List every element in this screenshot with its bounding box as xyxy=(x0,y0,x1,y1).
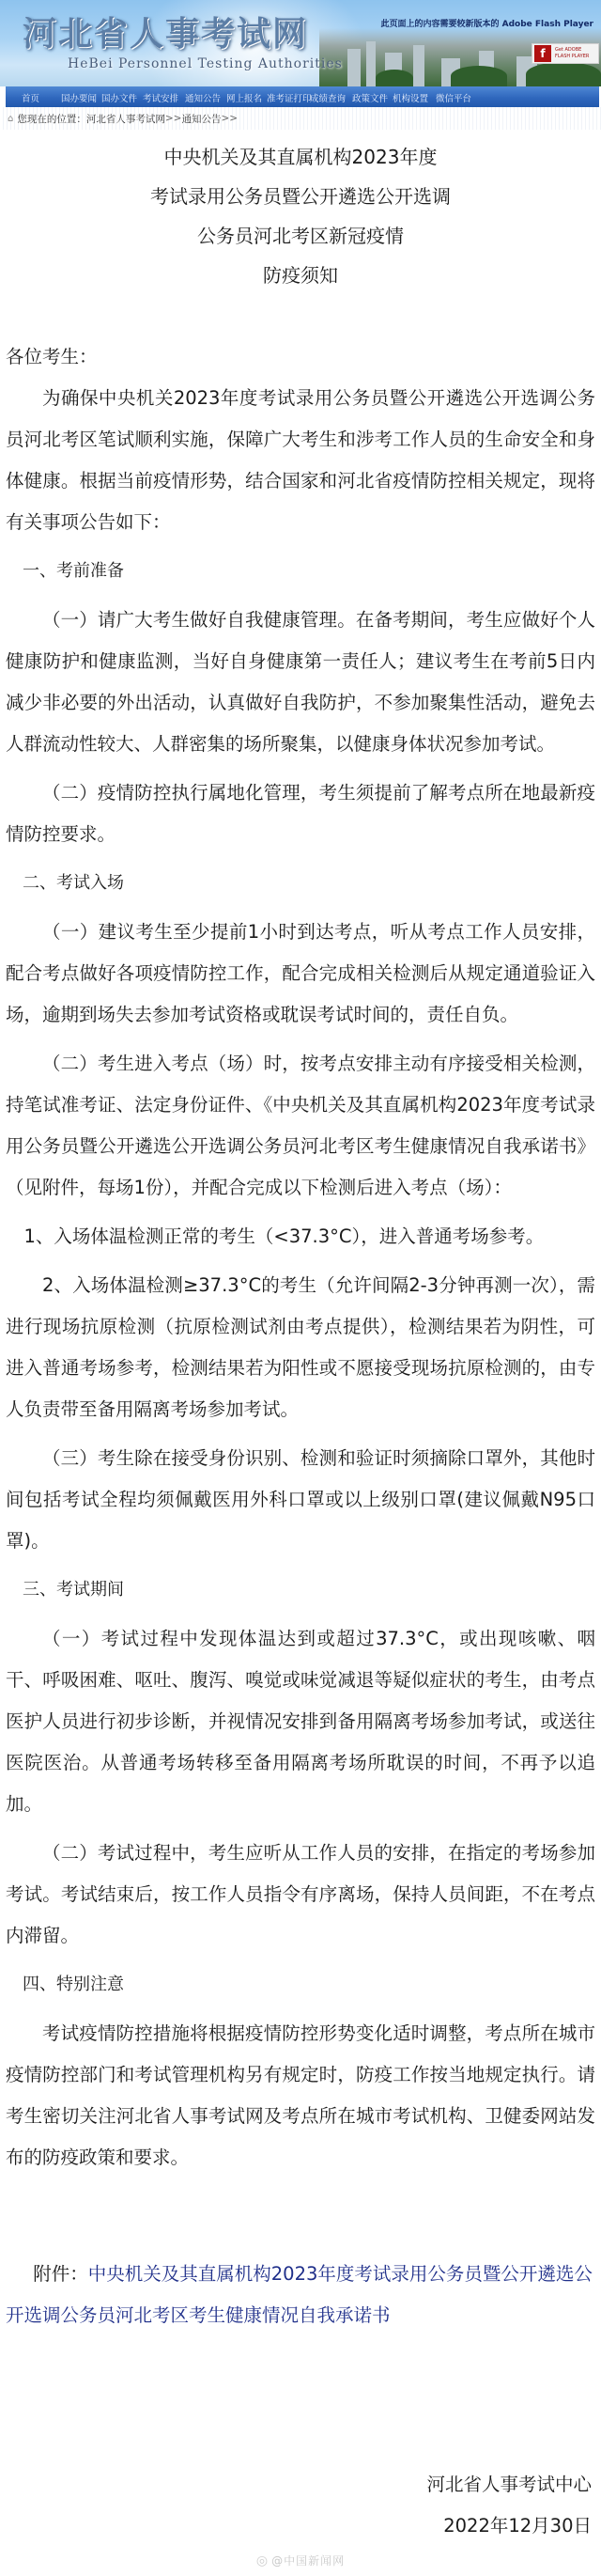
nav-item-wechat[interactable]: 微信平台 xyxy=(436,91,471,104)
flash-notice: 此页面上的内容需要较新版本的 Adobe Flash Player xyxy=(381,17,594,29)
site-title-en: HeBei Personnel Testing Authorities xyxy=(68,56,343,71)
section-paragraph: （二）考试过程中，考生应听从工作人员的安排，在指定的考场参加考试。考试结束后，按… xyxy=(6,1833,595,1957)
breadcrumb-prefix: 您现在的位置： xyxy=(17,112,86,126)
breadcrumb-notices-link[interactable]: 通知公告 xyxy=(181,112,221,126)
attachment-label: 附件： xyxy=(33,2263,88,2285)
breadcrumb-home-link[interactable]: 河北省人事考试网 xyxy=(86,112,165,126)
section-heading: 三、考试期间 xyxy=(6,1569,595,1611)
section-paragraph: （一）考试过程中发现体温达到或超过37.3°C，或出现咳嗽、咽干、呼吸困难、呕吐… xyxy=(6,1618,595,1825)
main-nav: 首页 国办要闻 国办文件 考试安排 通知公告 网上报名 准考证打印 成绩查询 政… xyxy=(6,86,599,107)
breadcrumb-separator: >> xyxy=(221,113,238,124)
title-line: 防疫须知 xyxy=(6,256,595,295)
article-title: 中央机关及其直属机构2023年度 考试录用公务员暨公开遴选公开选调 公务员河北考… xyxy=(6,130,595,295)
section-paragraph: 考试疫情防控措施将根据疫情防控形势变化适时调整，考点所在城市疫情防控部门和考试管… xyxy=(6,2013,595,2178)
breadcrumb: ⌂ 您现在的位置： 河北省人事考试网 >> 通知公告 >> xyxy=(0,107,601,130)
home-icon: ⌂ xyxy=(8,114,13,124)
nav-item-national-news[interactable]: 国办要闻 xyxy=(61,91,97,104)
section-paragraph: （一）请广大考生做好自我健康管理。在备考期间，考生应做好个人健康防护和健康监测，… xyxy=(6,600,595,765)
nav-item-home[interactable]: 首页 xyxy=(22,91,39,104)
signature-date: 2022年12月30日 xyxy=(6,2506,595,2547)
nav-item-exam-schedule[interactable]: 考试安排 xyxy=(143,91,178,104)
attachment-link[interactable]: 中央机关及其直属机构2023年度考试录用公务员暨公开遴选公开选调公务员河北考区考… xyxy=(6,2263,593,2326)
section-heading: 一、考前准备 xyxy=(6,551,595,592)
nav-item-score-query[interactable]: 成绩查询 xyxy=(310,91,346,104)
title-line: 考试录用公务员暨公开遴选公开选调 xyxy=(6,177,595,216)
section-paragraph: 2、入场体温检测≥37.3°C的考生（允许间隔2-3分钟再测一次），需进行现场抗… xyxy=(6,1265,595,1430)
title-line: 公务员河北考区新冠疫情 xyxy=(6,216,595,256)
flash-logo-icon: f xyxy=(534,45,551,62)
signature-org: 河北省人事考试中心 xyxy=(6,2464,595,2506)
nav-item-admission-ticket[interactable]: 准考证打印 xyxy=(267,91,312,104)
nav-item-notices[interactable]: 通知公告 xyxy=(185,91,221,104)
breadcrumb-separator: >> xyxy=(165,113,182,124)
site-banner: 河北省人事考试网 HeBei Personnel Testing Authori… xyxy=(0,0,601,86)
intro-paragraph: 为确保中央机关2023年度考试录用公务员暨公开遴选公开选调公务员河北考区笔试顺利… xyxy=(6,378,595,543)
salutation: 各位考生： xyxy=(6,336,595,378)
section-heading: 四、特别注意 xyxy=(6,1964,595,2006)
nav-item-online-registration[interactable]: 网上报名 xyxy=(226,91,262,104)
watermark-text: @中国新闻网 xyxy=(271,2554,345,2568)
nav-item-national-documents[interactable]: 国办文件 xyxy=(101,91,137,104)
flash-badge-text-2: FLASH PLAYER xyxy=(555,54,589,60)
get-flash-player-button[interactable]: f Get ADOBE FLASH PLAYER xyxy=(532,43,599,64)
section-paragraph: （二）考生进入考点（场）时，按考点安排主动有序接受相关检测，持笔试准考证、法定身… xyxy=(6,1043,595,1209)
section-paragraph: （一）建议考生至少提前1小时到达考点，听从考点工作人员安排，配合考点做好各项疫情… xyxy=(6,912,595,1036)
section-paragraph: 1、入场体温检测正常的考生（<37.3°C），进入普通考场参考。 xyxy=(6,1216,595,1257)
section-paragraph: （三）考生除在接受身份识别、检测和验证时须摘除口罩外，其他时间包括考试全程均须佩… xyxy=(6,1438,595,1562)
site-title-cn: 河北省人事考试网 xyxy=(23,8,308,55)
section-heading: 二、考试入场 xyxy=(6,863,595,904)
weibo-icon: ◎ xyxy=(256,2553,269,2568)
nav-item-organization[interactable]: 机构设置 xyxy=(393,91,428,104)
article: 中央机关及其直属机构2023年度 考试录用公务员暨公开遴选公开选调 公务员河北考… xyxy=(0,130,601,2547)
flash-badge-text-1: Get ADOBE xyxy=(555,47,589,54)
watermark: ◎@中国新闻网 xyxy=(0,2553,601,2576)
nav-item-policy-documents[interactable]: 政策文件 xyxy=(352,91,388,104)
attachment: 附件：中央机关及其直属机构2023年度考试录用公务员暨公开遴选公开选调公务员河北… xyxy=(6,2254,595,2336)
title-line: 中央机关及其直属机构2023年度 xyxy=(6,137,595,177)
section-paragraph: （二）疫情防控执行属地化管理，考生须提前了解考点所在地最新疫情防控要求。 xyxy=(6,773,595,855)
